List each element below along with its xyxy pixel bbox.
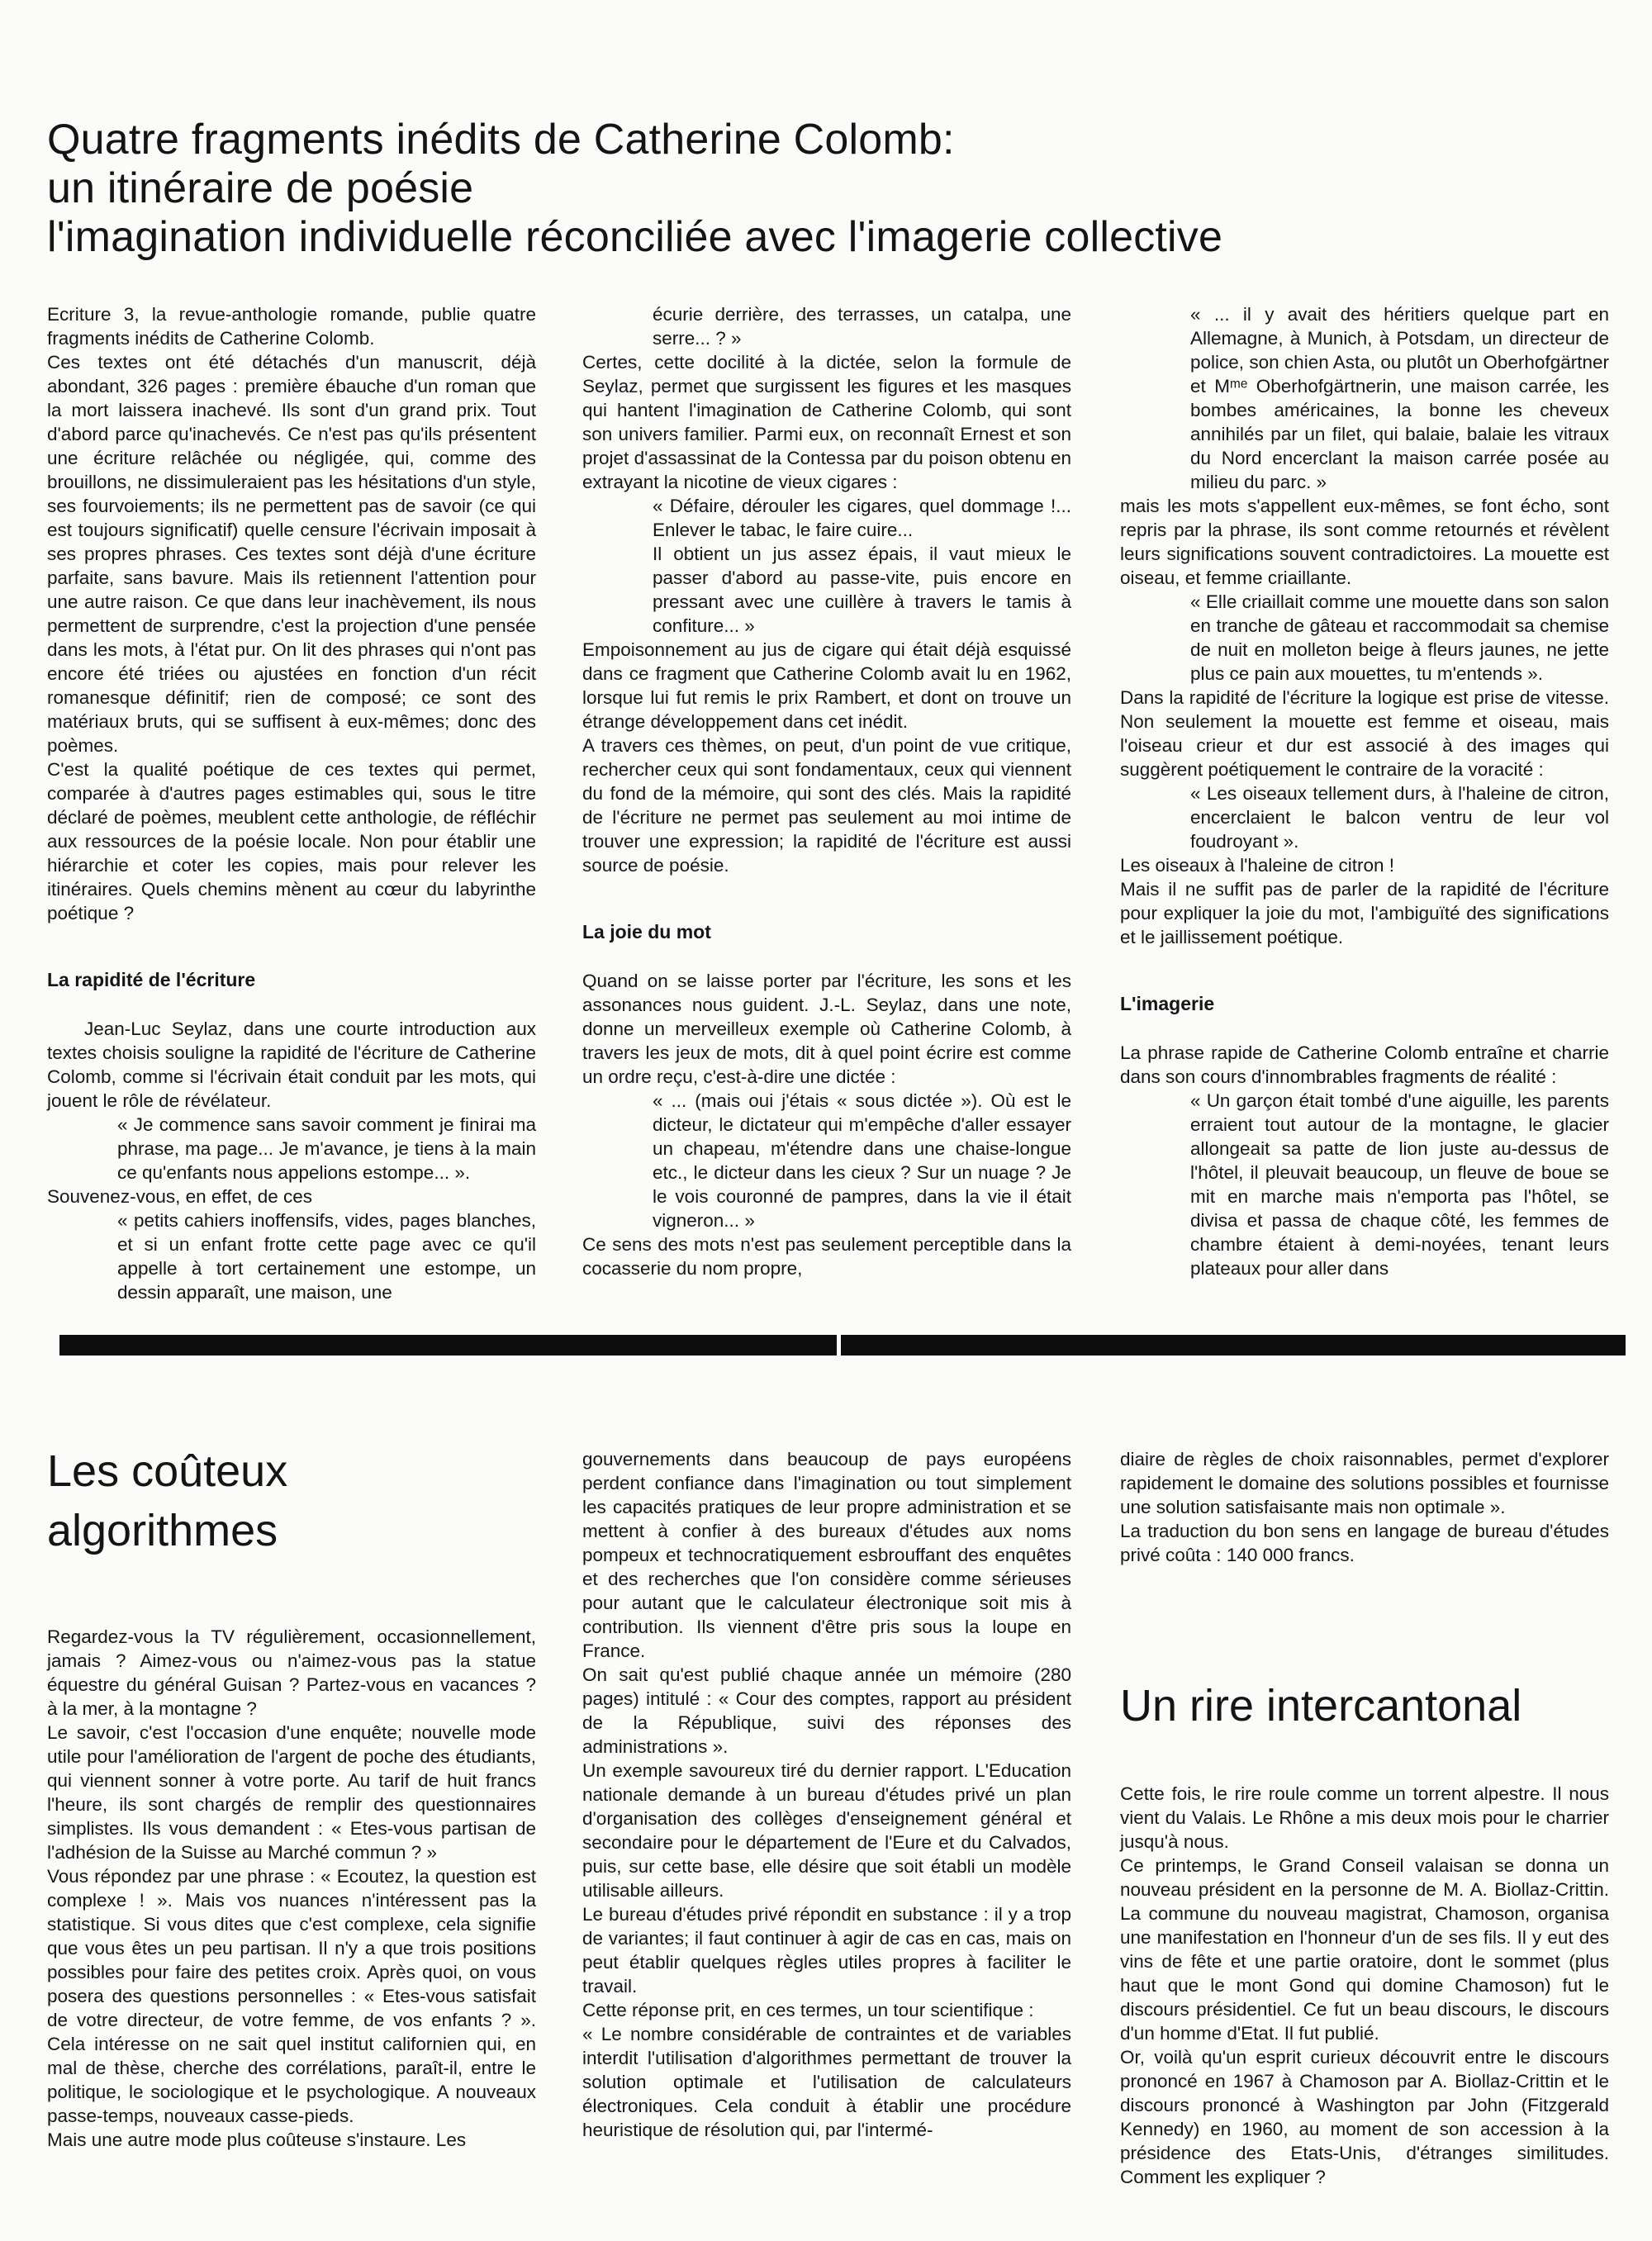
main-headline: Quatre fragments inédits de Catherine Co…	[47, 116, 1616, 262]
colomb-article-column-2: écurie derrière, des terrasses, un catal…	[582, 302, 1071, 1280]
paragraph: Les oiseaux à l'haleine de citron !	[1120, 853, 1609, 877]
paragraph: Mais il ne suffit pas de parler de la ra…	[1120, 877, 1609, 949]
paragraph: Jean-Luc Seylaz, dans une courte introdu…	[47, 1017, 536, 1113]
algorithmes-title-line-1: Les coûteux	[47, 1441, 536, 1501]
paragraph: Ecriture 3, la revue-anthologie romande,…	[47, 302, 536, 350]
paragraph: Un exemple savoureux tiré du dernier rap…	[582, 1759, 1071, 1902]
paragraph: diaire de règles de choix raisonnables, …	[1120, 1447, 1609, 1519]
rire-title: Un rire intercantonal	[1120, 1676, 1609, 1735]
rire-article-body: Cette fois, le rire roule comme un torre…	[1120, 1782, 1609, 2189]
quote-paragraph: « Les oiseaux tellement durs, à l'halein…	[1120, 781, 1609, 853]
quote-paragraph: « ... (mais oui j'étais « sous dictée »)…	[582, 1089, 1071, 1232]
paragraph: C'est la qualité poétique de ces textes …	[47, 757, 536, 925]
subheading: L'imagerie	[1120, 992, 1609, 1016]
paragraph: Le bureau d'études privé répondit en sub…	[582, 1902, 1071, 1998]
paragraph: La phrase rapide de Catherine Colomb ent…	[1120, 1041, 1609, 1089]
headline-line-2: un itinéraire de poésie	[47, 164, 1616, 213]
quote-paragraph: « Un garçon était tombé d'une aiguille, …	[1120, 1089, 1609, 1280]
paragraph: Cette fois, le rire roule comme un torre…	[1120, 1782, 1609, 1854]
divider-segment-right	[841, 1335, 1626, 1356]
algorithmes-title-line-2: algorithmes	[47, 1501, 536, 1560]
paragraph: Le savoir, c'est l'occasion d'une enquêt…	[47, 1721, 536, 1864]
paragraph: Quand on se laisse porter par l'écriture…	[582, 969, 1071, 1089]
paragraph: « Le nombre considérable de contraintes …	[582, 2022, 1071, 2142]
newspaper-page: Quatre fragments inédits de Catherine Co…	[0, 0, 1652, 2241]
paragraph: Cette réponse prit, en ces termes, un to…	[582, 1998, 1071, 2022]
subheading: La rapidité de l'écriture	[47, 968, 536, 992]
colomb-article-column-3: « ... il y avait des héritiers quelque p…	[1120, 302, 1609, 1280]
paragraph: Empoisonnement au jus de cigare qui étai…	[582, 638, 1071, 734]
algorithmes-article-column-1: Les coûteux algorithmes Regardez-vous la…	[47, 1441, 536, 2152]
paragraph: Dans la rapidité de l'écriture la logiqu…	[1120, 686, 1609, 781]
paragraph: gouvernements dans beaucoup de pays euro…	[582, 1447, 1071, 1663]
colomb-article-column-1: Ecriture 3, la revue-anthologie romande,…	[47, 302, 536, 1304]
quote-paragraph: « Elle criaillait comme une mouette dans…	[1120, 590, 1609, 686]
algorithmes-column-1-body: Regardez-vous la TV régulièrement, occas…	[47, 1625, 536, 2152]
quote-paragraph: « Je commence sans savoir comment je fin…	[47, 1113, 536, 1185]
paragraph: Ce printemps, le Grand Conseil valaisan …	[1120, 1854, 1609, 2045]
subheading: La joie du mot	[582, 920, 1071, 944]
paragraph: La traduction du bon sens en langage de …	[1120, 1519, 1609, 1567]
algorithmes-article-column-2: gouvernements dans beaucoup de pays euro…	[582, 1447, 1071, 2142]
paragraph: Ces textes ont été détachés d'un manuscr…	[47, 350, 536, 757]
paragraph: Regardez-vous la TV régulièrement, occas…	[47, 1625, 536, 1721]
paragraph: mais les mots s'appellent eux-mêmes, se …	[1120, 494, 1609, 590]
algorithmes-column-3-body: diaire de règles de choix raisonnables, …	[1120, 1447, 1609, 1567]
quote-paragraph: « ... il y avait des héritiers quelque p…	[1120, 302, 1609, 494]
paragraph: Or, voilà qu'un esprit curieux découvrit…	[1120, 2045, 1609, 2189]
paragraph: Certes, cette docilité à la dictée, selo…	[582, 350, 1071, 494]
quote-paragraph: « petits cahiers inoffensifs, vides, pag…	[47, 1208, 536, 1304]
headline-line-1: Quatre fragments inédits de Catherine Co…	[47, 116, 1616, 164]
right-bottom-column: diaire de règles de choix raisonnables, …	[1120, 1447, 1609, 2189]
paragraph: On sait qu'est publié chaque année un mé…	[582, 1663, 1071, 1759]
quote-paragraph: écurie derrière, des terrasses, un catal…	[582, 302, 1071, 350]
algorithmes-title: Les coûteux algorithmes	[47, 1441, 536, 1560]
paragraph: Vous répondez par une phrase : « Ecoutez…	[47, 1864, 536, 2128]
divider-segment-left	[59, 1335, 837, 1356]
paragraph: A travers ces thèmes, on peut, d'un poin…	[582, 734, 1071, 877]
paragraph: Souvenez-vous, en effet, de ces	[47, 1185, 536, 1208]
quote-paragraph: Il obtient un jus assez épais, il vaut m…	[582, 542, 1071, 638]
paragraph: Ce sens des mots n'est pas seulement per…	[582, 1232, 1071, 1280]
paragraph: Mais une autre mode plus coûteuse s'inst…	[47, 2128, 536, 2152]
headline-line-3: l'imagination individuelle réconciliée a…	[47, 213, 1616, 262]
quote-paragraph: « Défaire, dérouler les cigares, quel do…	[582, 494, 1071, 542]
section-divider-bar	[59, 1335, 1626, 1356]
